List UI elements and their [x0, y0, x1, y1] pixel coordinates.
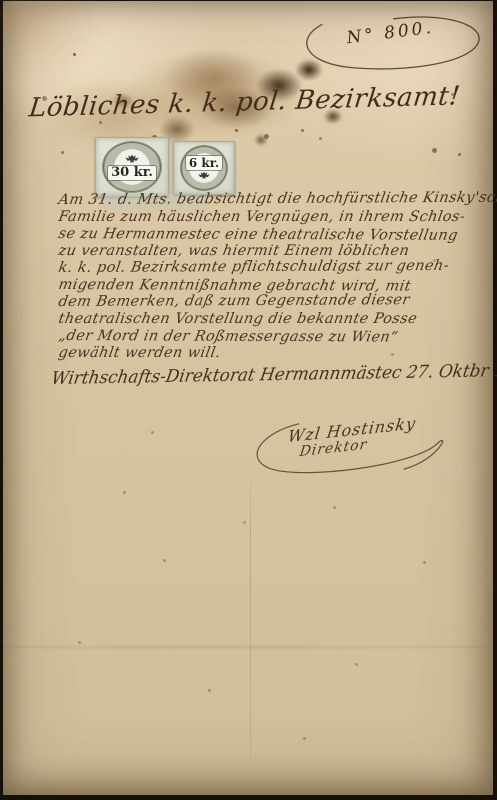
manuscript-line: theatralischen Vorstellung die bekannte … [57, 311, 468, 328]
foxing-specks [3, 1, 6, 4]
stamp-medallion: 30 kr. [103, 142, 161, 192]
stamp-value: 30 kr. [108, 166, 156, 180]
imperial-eagle-icon [124, 154, 140, 165]
revenue-stamp-30kr: 30 kr. [95, 137, 169, 197]
manuscript-line: Am 31. d. Mts. beabsichtigt die hochfürs… [57, 190, 468, 209]
document-heading: Löbliches k. k. pol. Bezirksamt! [27, 81, 485, 124]
manuscript-line: dem Bemerken, daß zum Gegenstande dieser [57, 292, 468, 311]
stamp-medallion: 6 kr. [181, 146, 227, 190]
revenue-stamp-6kr: 6 kr. [173, 141, 235, 195]
manuscript-body: Am 31. d. Mts. beabsichtigt die hochfürs… [57, 192, 465, 362]
manuscript-line: k. k. pol. Bezirksamte pflichtschuldigst… [57, 258, 468, 277]
imperial-eagle-icon [197, 171, 211, 181]
manuscript-line: se zu Hermanmestec eine theatralische Vo… [57, 226, 468, 245]
pen-flourish-oval [293, 6, 488, 82]
revenue-stamps: 30 kr. 6 kr. [95, 137, 235, 197]
manuscript-line: Familie zum häuslichen Vergnügen, in ihr… [57, 209, 468, 226]
fold-crease-horizontal [3, 646, 493, 648]
paper-sheet: N° 800. Löbliches k. k. pol. Bezirksamt!… [3, 1, 493, 795]
stamp-value: 6 kr. [186, 156, 222, 170]
fold-crease-vertical [250, 456, 251, 794]
document-number: N° 800. [293, 6, 488, 82]
signature-block: Wzl Hostinsky Direktor [238, 394, 455, 492]
manuscript-line: gewählt werden will. [57, 345, 468, 362]
manuscript-line: „der Mord in der Roßmessergasse zu Wien“ [57, 328, 468, 347]
dateline: Wirthschafts-Direktorat Hermannmästec 27… [50, 362, 472, 389]
document-scan: N° 800. Löbliches k. k. pol. Bezirksamt!… [0, 0, 497, 800]
